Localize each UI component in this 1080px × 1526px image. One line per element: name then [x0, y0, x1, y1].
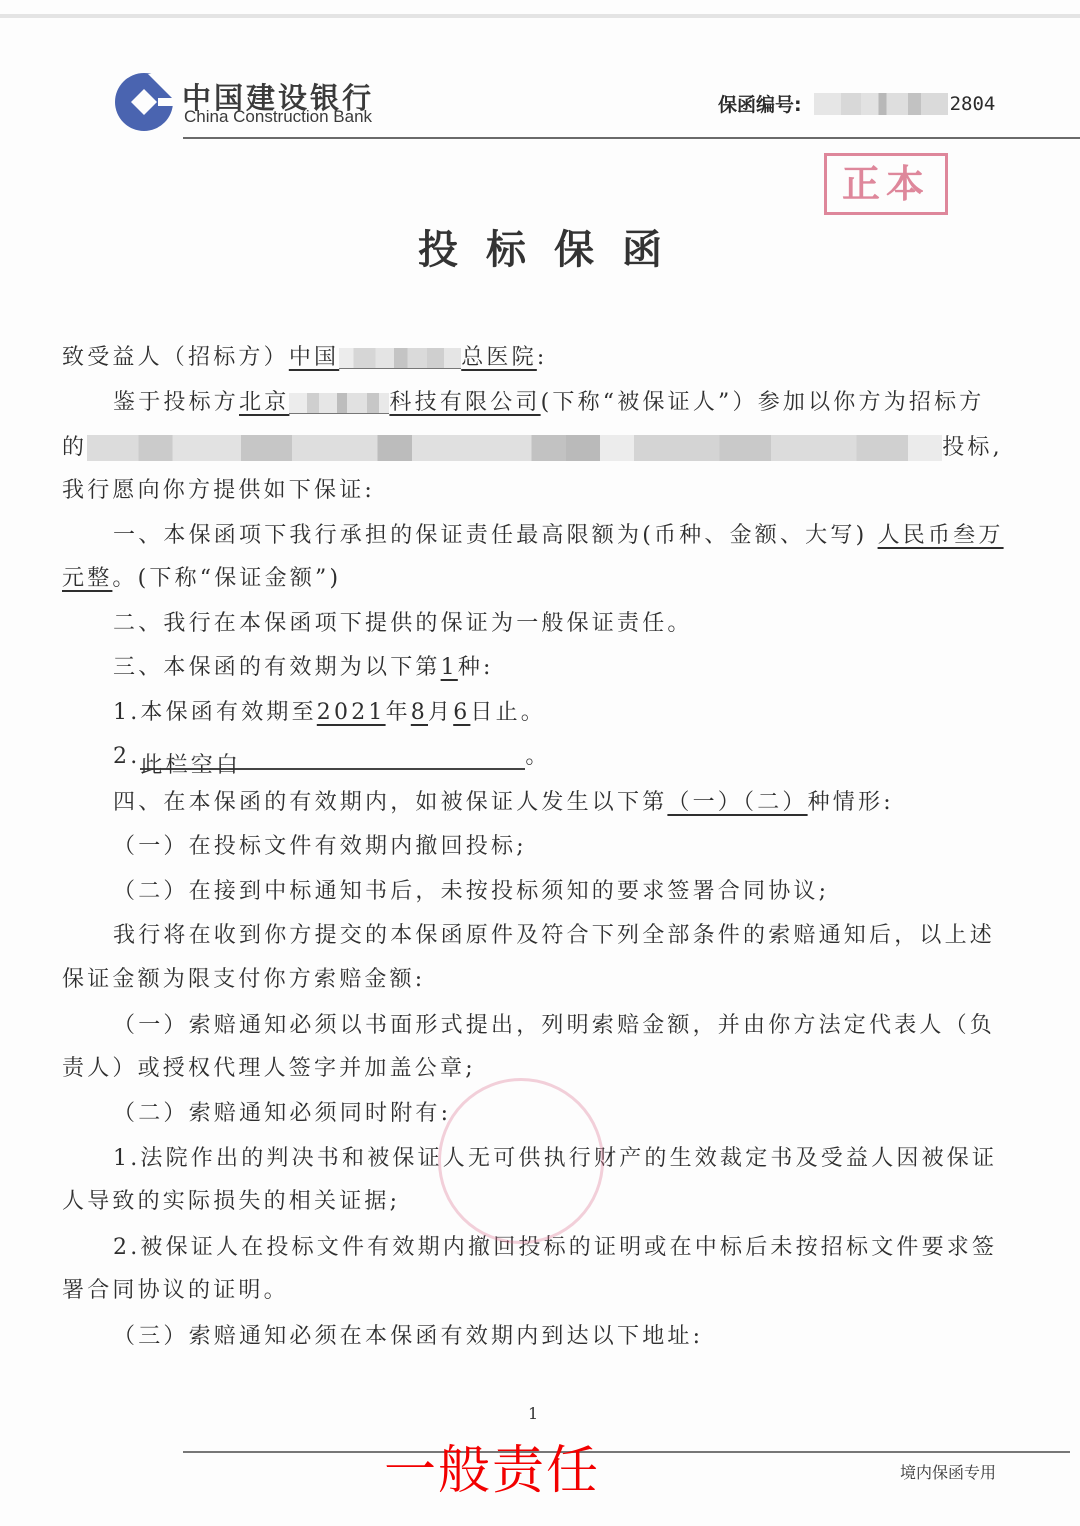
clause-3-line: 三、本保函的有效期为以下第1种: — [113, 650, 494, 681]
guarantee-number-label: 保函编号: — [718, 90, 802, 117]
validity-day: 6 — [453, 700, 470, 725]
payment-line-2: 保证金额为限支付你方索赔金额: — [62, 962, 425, 993]
attachment-1-line-2: 人导致的实际损失的相关证据; — [62, 1184, 400, 1215]
condition-2-line: （二）索赔通知必须同时附有: — [113, 1096, 451, 1127]
circumstance-2: （二）在接到中标通知书后，未按投标须知的要求签署合同协议; — [113, 874, 829, 905]
redacted-guarantee-number — [814, 93, 948, 115]
validity-month: 8 — [411, 700, 428, 725]
bidder-line: 鉴于投标方北京科技有限公司(下称“被保证人”）参加以你方为招标方 — [113, 385, 985, 416]
circumstance-1: （一）在投标文件有效期内撤回投标; — [113, 829, 527, 860]
footer-divider — [183, 1451, 1070, 1453]
original-copy-stamp: 正本 — [824, 153, 948, 215]
guarantee-number-suffix: 2804 — [950, 93, 996, 115]
circumstance-choice: （一）（二） — [667, 790, 807, 815]
clause-2-line: 二、我行在本保函项下提供的保证为一般保证责任。 — [113, 606, 693, 637]
project-line: 的投标, — [62, 430, 1003, 461]
liability-type-annotation: 一般责任 — [384, 1428, 600, 1503]
clause-1-line-2: 元整。(下称“保证金额”) — [62, 561, 341, 592]
clause-1-line: 一、本保函项下我行承担的保证责任最高限额为(币种、金额、大写) 人民币叁万 — [113, 518, 1004, 549]
validity-option: 1 — [441, 655, 458, 680]
faint-official-seal — [438, 1078, 604, 1244]
header-divider — [183, 137, 1080, 139]
redacted-project-name — [87, 435, 942, 461]
blank-field: 此栏空白 — [140, 748, 525, 770]
validity-year: 2021 — [317, 700, 386, 725]
ccb-logo-icon — [114, 72, 174, 132]
offer-line: 我行愿向你方提供如下保证: — [62, 473, 375, 504]
bidder-name: 北京科技有限公司 — [239, 390, 541, 415]
blank-option-line: 2.此栏空白。 — [113, 739, 551, 770]
domestic-use-note: 境内保函专用 — [900, 1460, 996, 1483]
scan-edge-rule — [0, 14, 1080, 18]
guarantee-number: 保函编号: 2804 — [718, 90, 995, 117]
bank-name-en: China Construction Bank — [184, 107, 372, 127]
payment-line-1: 我行将在收到你方提交的本保函原件及符合下列全部条件的索赔通知后，以上述 — [113, 918, 995, 949]
guarantee-amount-part2: 元整 — [62, 566, 112, 591]
guarantee-amount-part1: 人民币叁万 — [878, 523, 1004, 548]
clause-4-line: 四、在本保函的有效期内，如被保证人发生以下第（一）（二）种情形: — [113, 785, 894, 816]
condition-1-line-2: 责人）或授权代理人签字并加盖公章; — [62, 1051, 476, 1082]
addressee-line: 致受益人（招标方）中国总医院: — [62, 340, 547, 371]
document-title: 投标保函 — [0, 218, 1080, 275]
condition-1-line-1: （一）索赔通知必须以书面形式提出，列明索赔金额，并由你方法定代表人（负 — [113, 1008, 995, 1039]
condition-3-line: （三）索赔通知必须在本保函有效期内到达以下地址: — [113, 1319, 703, 1350]
redacted-beneficiary — [339, 348, 461, 369]
attachment-2-line-2: 署合同协议的证明。 — [62, 1273, 289, 1304]
redacted-bidder — [289, 393, 389, 414]
page-number: 1 — [528, 1404, 538, 1423]
validity-date-line: 1.本保函有效期至2021年8月6日止。 — [113, 695, 546, 726]
beneficiary-name: 中国总医院 — [289, 345, 537, 370]
